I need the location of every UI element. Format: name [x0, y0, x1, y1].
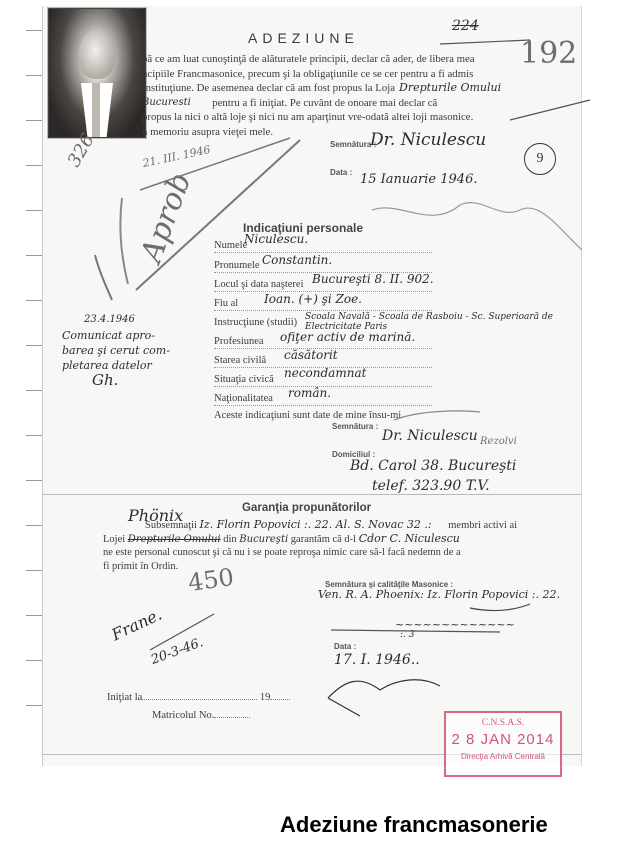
archive-stamp: C.N.S.A.S. 2 8 JAN 2014 Direcţia Arhivă … — [444, 711, 562, 777]
stamp-date: 2 8 JAN 2014 — [446, 731, 560, 748]
image-caption: Adeziune francmasonerie — [280, 812, 548, 838]
stamp-institution: C.N.S.A.S. — [446, 718, 560, 728]
stamp-department: Direcţia Arhivă Centrală — [446, 752, 560, 761]
